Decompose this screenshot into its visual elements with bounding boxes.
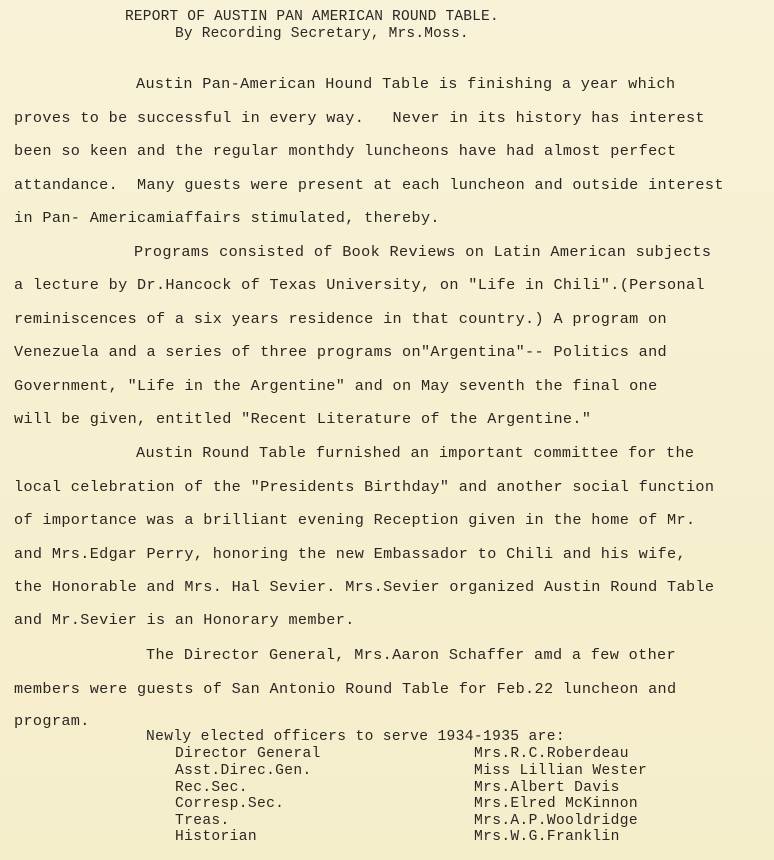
text-line: of importance was a brilliant evening Re… xyxy=(14,511,695,529)
officers-intro: Newly elected officers to serve 1934-193… xyxy=(146,729,565,745)
text-line: and Mr.Sevier is an Honorary member. xyxy=(14,611,355,629)
officer-name: Mrs.R.C.Roberdeau xyxy=(474,746,629,762)
officer-name: Mrs.A.P.Wooldridge xyxy=(474,813,638,829)
officer-name: Miss Lillian Wester xyxy=(474,763,647,779)
text-line: The Director General, Mrs.Aaron Schaffer… xyxy=(146,646,676,664)
text-line: Austin Round Table furnished an importan… xyxy=(136,444,694,462)
text-line: Programs consisted of Book Reviews on La… xyxy=(134,243,711,261)
report-subtitle: By Recording Secretary, Mrs.Moss. xyxy=(175,25,469,43)
report-title: REPORT OF AUSTIN PAN AMERICAN ROUND TABL… xyxy=(125,8,499,26)
text-line: attandance. Many guests were present at … xyxy=(14,176,724,194)
text-line: Austin Pan-American Hound Table is finis… xyxy=(136,75,675,93)
officer-name: Mrs.Albert Davis xyxy=(474,780,620,796)
text-line: Government, "Life in the Argentine" and … xyxy=(14,377,658,395)
text-line: the Honorable and Mrs. Hal Sevier. Mrs.S… xyxy=(14,578,714,596)
officer-role: Rec.Sec. xyxy=(175,780,248,796)
officer-role: Corresp.Sec. xyxy=(175,796,284,812)
text-line: in Pan- Americamiaffairs stimulated, the… xyxy=(14,209,440,227)
officer-role: Treas. xyxy=(175,813,230,829)
text-line: reminiscences of a six years residence i… xyxy=(14,310,667,328)
text-line: a lecture by Dr.Hancock of Texas Univers… xyxy=(14,276,705,294)
text-line: members were guests of San Antonio Round… xyxy=(14,680,676,698)
text-line: proves to be successful in every way. Ne… xyxy=(14,109,705,127)
text-line: program. xyxy=(14,712,90,730)
officer-role: Director General xyxy=(175,746,321,762)
officer-role: Historian xyxy=(175,829,257,845)
text-line: local celebration of the "Presidents Bir… xyxy=(14,478,714,496)
officer-name: Mrs.Elred McKinnon xyxy=(474,796,638,812)
text-line: Venezuela and a series of three programs… xyxy=(14,343,667,361)
officer-role: Asst.Direc.Gen. xyxy=(175,763,312,779)
typewritten-report-page: REPORT OF AUSTIN PAN AMERICAN ROUND TABL… xyxy=(0,0,774,860)
text-line: been so keen and the regular monthdy lun… xyxy=(14,142,676,160)
text-line: and Mrs.Edgar Perry, honoring the new Em… xyxy=(14,545,686,563)
officer-name: Mrs.W.G.Franklin xyxy=(474,829,620,845)
text-line: will be given, entitled "Recent Literatu… xyxy=(14,410,591,428)
